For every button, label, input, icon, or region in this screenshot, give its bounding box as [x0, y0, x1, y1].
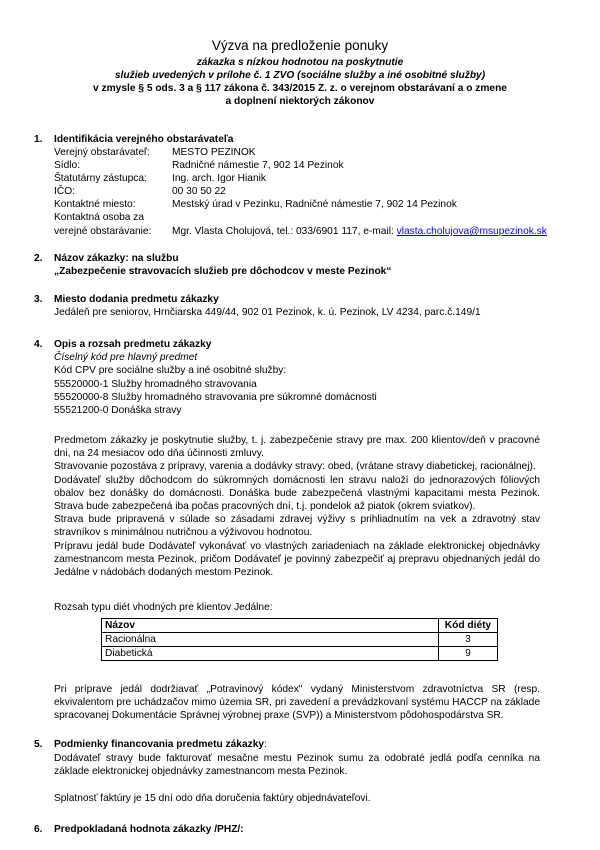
contact-value: Mgr. Vlasta Cholujová, tel.: 033/6901 11… [172, 226, 547, 237]
field-value: Ing. arch. Igor Hianik [172, 173, 266, 184]
diet-name: Diabetická [102, 647, 439, 661]
cpv-code: 55521200-0 Donáška stravy [54, 405, 181, 416]
section-number: 1. [34, 134, 43, 145]
paragraph: Prípravu jedál bude Dodávateľ vykonávať … [54, 540, 540, 580]
diet-name: Racionálna [102, 633, 439, 647]
section-title: Podmienky financovania predmetu zákazky: [54, 739, 267, 750]
diet-table: Názov Kód diéty Racionálna 3 Diabetická … [101, 618, 498, 661]
subtitle-line-2: služieb uvedených v prílohe č. 1 ZVO (so… [0, 70, 600, 81]
contact-text: Mgr. Vlasta Cholujová, tel.: 033/6901 11… [172, 226, 397, 237]
section-title-suffix: : [264, 739, 267, 750]
payment-terms: Splatnosť faktúry je 15 dní odo dňa doru… [54, 793, 371, 804]
cpv-code: 55520000-1 Služby hromadného stravovania [54, 379, 257, 390]
description-paragraphs: Predmetom zákazky je poskytnutie služby,… [54, 434, 540, 579]
field-label: Štatutárny zástupca: [54, 173, 147, 184]
column-header-name: Názov [102, 619, 439, 633]
law-line-2: a doplnení niektorých zákonov [0, 96, 600, 107]
field-label: Kontaktné miesto: [54, 199, 136, 210]
diet-code: 9 [439, 647, 498, 661]
field-label: Sídlo: [54, 160, 80, 171]
section-title-text: Podmienky financovania predmetu zákazky [54, 739, 264, 750]
subtitle-line-1: zákazka s nízkou hodnotou na poskytnutie [0, 57, 600, 68]
diet-code: 3 [439, 633, 498, 647]
paragraph: Stravovanie pozostáva z prípravy, vareni… [54, 460, 540, 473]
field-value: Mestský úrad v Pezinku, Radničné námesti… [172, 199, 457, 210]
field-value: Radničné námestie 7, 902 14 Pezinok [172, 160, 344, 171]
document-title: Výzva na predloženie ponuky [0, 38, 600, 53]
table-row: Diabetická 9 [102, 647, 498, 661]
field-label: Verejný obstarávateľ: [54, 147, 150, 158]
paragraph: Pri príprave jedál dodržiavať „Potravino… [54, 683, 540, 723]
section-number: 6. [34, 824, 43, 835]
section-title: Opis a rozsah predmetu zákazky [54, 339, 211, 350]
code-heading: Číselný kód pre hlavný predmet [54, 352, 197, 363]
section-number: 3. [34, 294, 43, 305]
section-title: Identifikácia verejného obstarávateľa [54, 134, 233, 145]
paragraph: Strava bude pripravená v súlade so zásad… [54, 513, 540, 539]
document-page: Výzva na predloženie ponuky zákazka s ní… [0, 0, 600, 850]
codex-paragraph: Pri príprave jedál dodržiavať „Potravino… [54, 683, 540, 723]
section-title: Predpokladaná hodnota zákazky /PHZ/: [54, 824, 244, 835]
column-header-code: Kód diéty [439, 619, 498, 633]
table-row: Racionálna 3 [102, 633, 498, 647]
section-title: Názov zákazky: na službu [54, 253, 179, 264]
delivery-place: Jedáleň pre seniorov, Hrnčiarska 449/44,… [54, 307, 481, 318]
contact-label-line-1: Kontaktná osoba za [54, 212, 144, 223]
section-number: 5. [34, 739, 43, 750]
contract-name: „Zabezpečenie stravovacích služieb pre d… [54, 266, 391, 277]
paragraph: Dodávateľ stravy bude fakturovať mesačne… [54, 752, 540, 778]
section-title: Miesto dodania predmetu zákazky [54, 294, 219, 305]
section-number: 4. [34, 339, 43, 350]
section-number: 2. [34, 253, 43, 264]
table-header-row: Názov Kód diéty [102, 619, 498, 633]
contact-label-line-2: verejné obstarávanie: [54, 226, 151, 237]
cpv-code: 55520000-8 Služby hromadného stravovania… [54, 392, 377, 403]
law-line-1: v zmysle § 5 ods. 3 a § 117 zákona č. 34… [0, 83, 600, 94]
paragraph: Dodávateľ služby dôchodcom do súkromných… [54, 474, 540, 514]
email-link[interactable]: vlasta.cholujova@msupezinok.sk [397, 226, 547, 237]
field-value: MESTO PEZINOK [172, 147, 256, 158]
diet-intro: Rozsah typu diét vhodných pre klientov J… [54, 602, 273, 613]
field-label: IČO: [54, 186, 75, 197]
financing-paragraph: Dodávateľ stravy bude fakturovať mesačne… [54, 752, 540, 778]
paragraph: Predmetom zákazky je poskytnutie služby,… [54, 434, 540, 460]
cpv-intro: Kód CPV pre sociálne služby a iné osobit… [54, 365, 286, 376]
field-value: 00 30 50 22 [172, 186, 226, 197]
